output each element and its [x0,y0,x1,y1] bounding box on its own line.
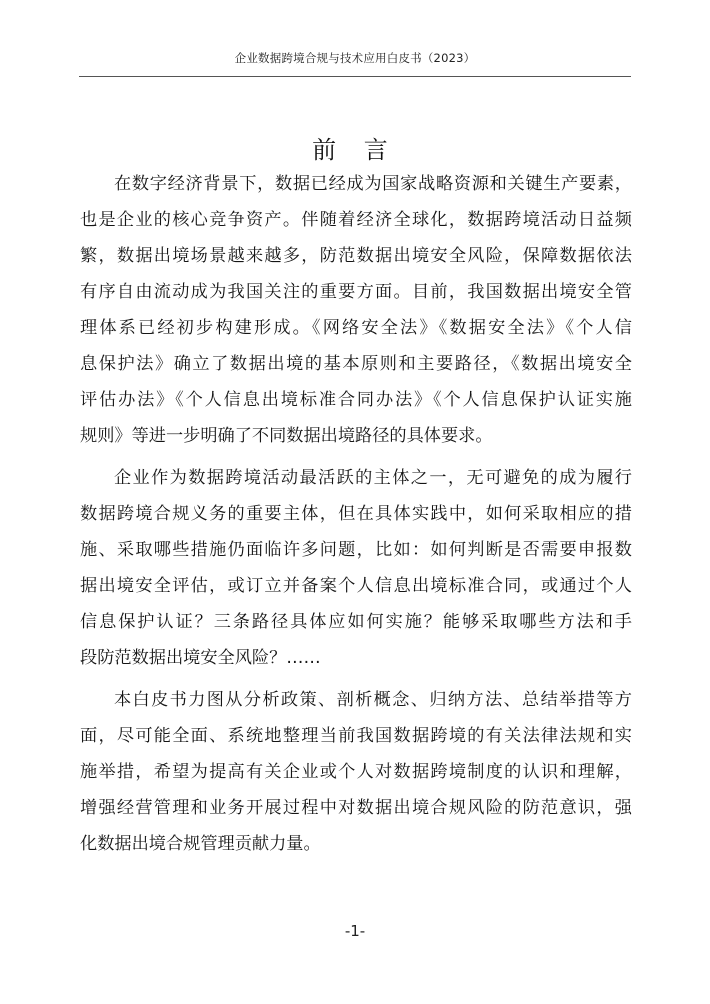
paragraph-line: 本白皮书力图从分析政策、剖析概念、归纳方法、总结举措等方 [80,682,632,718]
paragraph-line: 也是企业的核心竞争资产。伴随着经济全球化，数据跨境活动日益频 [80,202,632,238]
paragraph-line: 企业作为数据跨境活动最活跃的主体之一，无可避免的成为履行 [80,460,632,496]
paragraph-line: 息保护法》确立了数据出境的基本原则和主要路径，《数据出境安全 [80,346,632,382]
paragraph-line: 在数字经济背景下，数据已经成为国家战略资源和关键生产要素， [80,166,632,202]
paragraph-line: 有序自由流动成为我国关注的重要方面。目前，我国数据出境安全管 [80,274,632,310]
page-number: -1- [0,922,710,940]
page-title: 前 言 [0,130,710,165]
paragraph-line: 段防范数据出境安全风险？…… [80,640,632,676]
paragraph-line: 理体系已经初步构建形成。《网络安全法》《数据安全法》《个人信 [80,310,632,346]
paragraph-2: 企业作为数据跨境活动最活跃的主体之一，无可避免的成为履行 数据跨境合规义务的重要… [80,460,632,676]
paragraph-line: 数据跨境合规义务的重要主体，但在具体实践中，如何采取相应的措 [80,496,632,532]
paragraph-3: 本白皮书力图从分析政策、剖析概念、归纳方法、总结举措等方 面，尽可能全面、系统地… [80,682,632,862]
running-header: 企业数据跨境合规与技术应用白皮书（2023） [0,50,710,66]
paragraph-line: 评估办法》《个人信息出境标准合同办法》《个人信息保护认证实施 [80,382,632,418]
paragraph-line: 化数据出境合规管理贡献力量。 [80,826,632,862]
paragraph-line: 施举措，希望为提高有关企业或个人对数据跨境制度的认识和理解， [80,754,632,790]
paragraph-line: 规则》等进一步明确了不同数据出境路径的具体要求。 [80,418,632,454]
paragraph-line: 增强经营管理和业务开展过程中对数据出境合规风险的防范意识，强 [80,790,632,826]
paragraph-line: 信息保护认证？三条路径具体应如何实施？能够采取哪些方法和手 [80,604,632,640]
paragraph-line: 施、采取哪些措施仍面临许多问题，比如：如何判断是否需要申报数 [80,532,632,568]
header-divider [79,76,631,77]
document-body: 在数字经济背景下，数据已经成为国家战略资源和关键生产要素， 也是企业的核心竞争资… [80,166,632,862]
paragraph-line: 面，尽可能全面、系统地整理当前我国数据跨境的有关法律法规和实 [80,718,632,754]
paragraph-line: 繁，数据出境场景越来越多，防范数据出境安全风险，保障数据依法 [80,238,632,274]
paragraph-line: 据出境安全评估，或订立并备案个人信息出境标准合同，或通过个人 [80,568,632,604]
paragraph-1: 在数字经济背景下，数据已经成为国家战略资源和关键生产要素， 也是企业的核心竞争资… [80,166,632,454]
